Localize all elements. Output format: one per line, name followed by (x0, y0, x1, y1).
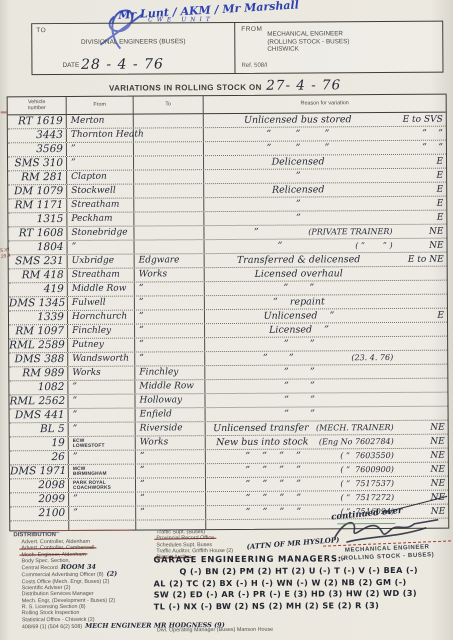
license-code: E to SVS (397, 114, 446, 124)
from-line: CHISWICK (267, 45, 349, 53)
from-cell: Streatham (67, 199, 134, 212)
from-value: Merton (67, 115, 133, 128)
to-cell: ” (135, 352, 205, 365)
reason-cell: ” ” ” ”( ” 7603550)NE (206, 449, 448, 463)
distribution-item-text-struck: Provincial Record Office (156, 535, 214, 542)
to-cell: ” (136, 478, 206, 491)
to-cell (134, 184, 204, 197)
vehicle-number-cell: DMS 388 (9, 353, 68, 366)
from-value: Clapton (67, 171, 133, 184)
column-header-to: To (134, 96, 204, 113)
from-cell: ” (69, 493, 136, 506)
from-cell: Peckham (67, 213, 134, 226)
vehicle-number: RM 1097 (9, 325, 67, 338)
vehicle-number-cell: RM 281 (8, 171, 67, 184)
from-cell: ” (67, 143, 134, 156)
to-cell: ” (136, 506, 206, 519)
from-cell: PARK ROYAL COACHWORKS (69, 479, 136, 492)
vehicle-number-cell: 3569 (8, 143, 67, 156)
vehicle-number-cell: DMS 441 (10, 409, 69, 422)
vehicle-number: RM 281 (8, 171, 66, 184)
from-value: Stonebridge (67, 227, 133, 240)
vehicle-number: 3443 (8, 129, 66, 142)
from-value: ” (69, 451, 135, 464)
to-cell (134, 142, 204, 155)
reason-value: Licensed overhaul (205, 268, 393, 280)
vehicle-number-cell: RML 2562 (9, 395, 68, 408)
to-value: ” (135, 282, 204, 295)
from-value: Fulwell (68, 297, 134, 310)
form-header-box: TO DIVISIONAL ENGINEERS (BUSES) DATE 28 … (31, 21, 443, 76)
reason-value: Unlicensed transfer (206, 422, 316, 434)
vehicle-number-cell: DM 1079 (8, 185, 67, 198)
from-value: Putney (68, 339, 134, 352)
reason-value: ” ” (205, 380, 393, 392)
vehicle-number: 26 (10, 451, 68, 464)
variations-table: Vehicle number From To Reason for variat… (7, 94, 450, 532)
vehicle-number-cell: SMS 310 (8, 157, 67, 170)
vehicle-number: RML 2562 (9, 395, 67, 408)
reason-cell: DelicensedE (204, 155, 446, 169)
from-value: PARK ROYAL COACHWORKS (69, 479, 135, 491)
vehicle-number: SMS 310 (8, 157, 66, 170)
vehicle-number: DMS 388 (9, 353, 67, 366)
to-cell (134, 128, 204, 141)
from-cell: Stonebridge (67, 227, 134, 240)
vehicle-number-cell (10, 521, 69, 530)
to-cell: TO DIVISIONAL ENGINEERS (BUSES) DATE 28 … (32, 23, 235, 74)
distribution-item-text: Statistical Office - Chiswick (2) (22, 616, 95, 622)
to-value: ” (136, 492, 205, 505)
garage-managers-line: TL (-) NX (-) BW (2) NS (2) MH (2) SE (2… (154, 599, 453, 612)
garage-managers-line: SW (2) ED (-) AR (-) PR (-) E (3) HD (3)… (154, 588, 453, 601)
to-cell: Works (135, 268, 205, 281)
to-cell: ” (136, 464, 206, 477)
from-cell: ECW LOWESTOFT (69, 437, 136, 450)
distribution-list: DISTRIBUTION Advert. Controller, Aldenha… (13, 531, 154, 630)
reason-cell: ” ” (205, 365, 447, 379)
from-cell: Hornchurch (68, 311, 135, 324)
to-cell (134, 198, 204, 211)
to-label: TO (36, 27, 46, 34)
from-value: Wandsworth (68, 353, 134, 366)
reason-value: New bus into stock (206, 436, 319, 448)
from-cell: ” (68, 395, 135, 408)
to-value: ” (135, 352, 204, 365)
from-value: ” (68, 381, 134, 394)
reason-value: Licensed ” (205, 324, 393, 336)
vehicle-number-cell: 2099 (10, 493, 69, 506)
to-cell (135, 240, 205, 253)
handwritten-note: ROOM 34 (61, 563, 96, 571)
to-cell: Holloway (135, 394, 205, 407)
reason-cell: ” ” (206, 407, 448, 421)
vehicle-number: BL 5 (10, 423, 68, 436)
vehicle-number-cell: 2100 (10, 507, 69, 520)
vehicle-number: RT 1608 (8, 227, 66, 240)
license-code: NE (399, 422, 448, 432)
column-header-vehicle: Vehicle number (8, 97, 67, 114)
to-value: ” (135, 324, 204, 337)
reason-value: ” ” (205, 282, 393, 294)
vehicle-number: DMS 1345 (9, 297, 67, 310)
reason-value: ” ” (205, 394, 393, 406)
reason-cell: ” ” (205, 393, 447, 407)
vehicle-number-cell: RM 418 (9, 269, 68, 282)
to-value: ” (135, 310, 204, 323)
reason-detail: ( ” ” ) (355, 241, 392, 250)
reason-value: ” (204, 198, 392, 210)
from-cell: ” (68, 381, 135, 394)
distribution-item-text: Costs Office (Mech. Engr, Buses) (2) (22, 579, 110, 586)
from-cell: ” (69, 507, 136, 520)
reason-cell: ” ” ”” ” (204, 127, 446, 141)
to-value: Works (136, 436, 205, 449)
to-value: ” (135, 338, 204, 351)
reason-cell: Licensed ” (205, 323, 447, 337)
vehicle-number-cell: BL 5 (10, 423, 69, 436)
to-cell: Enfield (136, 408, 206, 421)
form-content: Mr Lunt / AKM / Mr Marshall CWE UNIT TO … (0, 0, 453, 640)
to-cell (134, 156, 204, 169)
garage-managers-block: GARAGE ENGINEERING MANAGERS:- Q (-) BN (… (153, 553, 453, 613)
to-cell (134, 114, 204, 127)
to-value: Holloway (135, 394, 204, 407)
reason-value: ” ” (205, 366, 393, 378)
license-code: NE (399, 478, 448, 488)
reason-detail: ( ” 7517537) (340, 479, 394, 488)
to-cell: ” (135, 282, 205, 295)
to-value: DIVISIONAL ENGINEERS (BUSES) (32, 38, 234, 46)
reason-cell: Transferred & delicensedE to NE (205, 253, 447, 267)
date-value: 28 - 4 - 76 (81, 56, 164, 73)
from-value: Hornchurch (68, 311, 134, 324)
reason-value: ” ” (205, 352, 351, 364)
from-value: ECW LOWESTOFT (69, 437, 135, 449)
from-cell: ” (68, 241, 135, 254)
ref-number: Ref. 508/I (241, 63, 267, 69)
vehicle-number-cell: 19 (10, 437, 69, 450)
to-cell: ” (136, 450, 206, 463)
vehicle-number: 2099 (10, 493, 68, 506)
vehicle-number: RM 418 (9, 269, 67, 282)
reason-cell: ” ” (205, 281, 447, 295)
reason-value: Unlicensed ” (205, 310, 393, 322)
vehicle-number: 1082 (9, 381, 67, 394)
vehicle-number-cell: 1339 (9, 311, 68, 324)
reason-cell: ” ” (205, 337, 447, 351)
reason-detail: (PRIVATE TRAINER) (308, 227, 392, 237)
to-value: Works (135, 268, 204, 281)
vehicle-number: 2100 (10, 507, 68, 520)
reason-value: ” ” ” ” (206, 450, 340, 462)
reason-detail: (23. 4. 76) (351, 353, 393, 362)
reason-detail: (MECH. TRAINER) (316, 423, 394, 432)
garage-managers-line: Q (-) BN (2) PM (2) HT (2) U (-) T (-) V… (154, 565, 453, 578)
vehicle-number: 1804 (9, 241, 67, 254)
from-cell: FROM MECHANICAL ENGINEER (ROLLING STOCK … (235, 22, 442, 73)
reason-cell: Unlicensed bus storedE to SVS (204, 113, 446, 127)
from-cell: ” (69, 451, 136, 464)
date-label: DATE (62, 62, 79, 69)
reason-value: ” ” ” (204, 142, 392, 154)
reason-cell: RelicensedE (204, 183, 446, 197)
to-cell: Finchley (135, 366, 205, 379)
from-cell: Merton (67, 115, 134, 128)
to-cell: Edgware (135, 254, 205, 267)
from-cell: ” (69, 423, 136, 436)
reason-value: Relicensed (204, 184, 392, 196)
license-code: E (397, 212, 446, 222)
reason-cell: Unlicensed ”E (205, 309, 447, 323)
to-cell: Works (136, 436, 206, 449)
reason-value: ” ” ” ” (206, 492, 340, 504)
to-value: Middle Row (135, 380, 204, 393)
column-header-reason: Reason for variation (204, 95, 446, 113)
reason-value: ” (205, 240, 356, 252)
from-cell: Putney (68, 339, 135, 352)
reason-cell: ” repaint (205, 295, 447, 309)
from-cell: MCW BIRMINGHAM (69, 465, 136, 478)
license-code: E (397, 198, 446, 208)
vehicle-number: 3569 (8, 143, 66, 156)
license-code: ” ” (397, 142, 446, 152)
to-cell (134, 226, 204, 239)
reason-cell: ” ” ” ”( ” 7517537)NE (206, 477, 448, 491)
title-date: 27- 4 - 76 (266, 77, 341, 93)
from-value: Peckham (67, 213, 133, 226)
vehicle-number-cell: RML 2589 (9, 339, 68, 352)
reason-cell: ”E (204, 169, 446, 183)
from-value: ” (67, 157, 133, 170)
to-cell: ” (135, 310, 205, 323)
vehicle-number-cell: 3443 (8, 129, 67, 142)
reason-cell: ”(PRIVATE TRAINER)NE (204, 225, 446, 239)
reason-cell: ”( ” ” )NE (205, 239, 447, 253)
reason-cell: ” ”(23. 4. 76) (205, 351, 447, 365)
reason-value: ” ” (205, 338, 393, 350)
margin-note: S.W. 29.4 (0, 248, 12, 260)
reason-value: ” (204, 212, 392, 224)
from-value: Streatham (68, 269, 134, 282)
operating-manager-line: Divl. Operating Manager (Buses) Manson H… (157, 627, 273, 634)
from-value: ” (69, 507, 135, 520)
title-printed: VARIATIONS IN ROLLING STOCK ON (109, 83, 262, 93)
distribution-item-text-struck: Mech. Engineer, Aldenham (21, 551, 85, 558)
to-cell (134, 170, 204, 183)
reason-value: ” (204, 226, 308, 238)
vehicle-number-cell: 419 (9, 283, 68, 296)
reason-value: ” ” ” ” (206, 478, 340, 490)
from-value: ” (69, 493, 135, 506)
to-cell: ” (135, 296, 205, 309)
to-value: Finchley (135, 366, 204, 379)
vehicle-number-cell: DMS 1971 (10, 465, 69, 478)
license-code: NE (397, 226, 446, 236)
reason-value: ” ” (206, 408, 394, 420)
from-line: MECHANICAL ENGINEER (267, 30, 349, 38)
reason-detail: (Eng No 7602784) (319, 437, 394, 446)
reason-value: ” repaint (205, 296, 393, 308)
to-cell (134, 212, 204, 225)
reason-cell: New bus into stock(Eng No 7602784)NE (206, 435, 448, 449)
reason-cell: ” ” ” ”( ” 7517272)NE (206, 491, 448, 505)
distribution-item: 408/69 (1) (504 6(2) 508)MECH ENGINEER M… (14, 622, 154, 630)
vehicle-number: RML 2589 (9, 339, 67, 352)
reason-cell: Licensed overhaul (205, 267, 447, 281)
vehicle-number-cell: 1315 (8, 213, 67, 226)
license-code: E (397, 156, 446, 166)
from-value: Middle Row (68, 283, 134, 296)
from-value: Stockwell (67, 185, 133, 198)
from-cell (69, 521, 136, 530)
to-value: ” (136, 506, 205, 519)
from-cell: Finchley (68, 325, 135, 338)
to-cell: ” (135, 324, 205, 337)
to-cell (136, 520, 206, 529)
reason-cell: ”E (204, 211, 446, 225)
license-code: NE (399, 436, 448, 446)
from-cell: Uxbridge (68, 255, 135, 268)
vehicle-number-cell: SMS 231 (9, 255, 68, 268)
license-code: NE (399, 464, 448, 474)
to-cell: Riverside (136, 422, 206, 435)
reason-cell: ”E (204, 197, 446, 211)
license-code: E (397, 184, 446, 194)
vehicle-number-cell: 1082 (9, 381, 68, 394)
handwritten-note: (2) (107, 570, 118, 578)
reason-detail: ( ” 7600900) (340, 465, 394, 474)
to-value: Enfield (136, 408, 205, 421)
vehicle-number: DMS 1971 (10, 465, 68, 478)
to-value: ” (136, 478, 205, 491)
from-line: (ROLLING STOCK - BUSES) (267, 38, 349, 46)
from-cell: Fulwell (68, 297, 135, 310)
from-cell: Middle Row (68, 283, 135, 296)
to-value: ” (135, 296, 204, 309)
license-code: E (398, 310, 447, 320)
from-cell: ” (67, 157, 134, 170)
from-label: FROM (241, 26, 262, 33)
reason-value: ” ” ” ” (206, 464, 340, 476)
vehicle-number: SMS 231 (9, 255, 67, 268)
reason-detail: ( ” 7603550) (340, 451, 394, 460)
from-value: Works (68, 367, 134, 380)
column-header-from: From (67, 97, 134, 114)
from-cell: Streatham (68, 269, 135, 282)
from-address: MECHANICAL ENGINEER (ROLLING STOCK - BUS… (267, 30, 349, 53)
from-value: ” (68, 395, 134, 408)
from-value: ” (69, 409, 135, 422)
from-value: Uxbridge (68, 255, 134, 268)
to-cell: ” (135, 338, 205, 351)
vehicle-number-cell: RM 1171 (8, 199, 67, 212)
vehicle-number: 2098 (10, 479, 68, 492)
to-value: Edgware (135, 254, 204, 267)
reason-cell: ” ” ”” ” (204, 141, 446, 155)
vehicle-number: RM 989 (9, 367, 67, 380)
vehicle-number: DMS 441 (10, 409, 68, 422)
from-value: ” (67, 143, 133, 156)
from-value: Streatham (67, 199, 133, 212)
vehicle-number-cell: RT 1608 (8, 227, 67, 240)
from-value: Finchley (68, 325, 134, 338)
to-value: ” (136, 450, 205, 463)
reason-value: Transferred & delicensed (205, 254, 393, 266)
from-cell: Clapton (67, 171, 134, 184)
scan-artifact-mark (1, 111, 7, 113)
from-cell: Thornton Heath (67, 129, 134, 142)
date-line: DATE 28 - 4 - 76 (62, 54, 164, 71)
from-value: Thornton Heath (67, 129, 133, 142)
from-cell: Wandsworth (68, 353, 135, 366)
vehicle-number-cell: DMS 1345 (9, 297, 68, 310)
to-cell: Middle Row (135, 380, 205, 393)
vehicle-number: 19 (10, 437, 68, 450)
vehicle-number: 1339 (9, 311, 67, 324)
license-code: E to NE (398, 254, 447, 264)
distribution-item-text: Central Record (21, 565, 57, 571)
vehicle-number-cell: 1804 (9, 241, 68, 254)
from-cell: Stockwell (67, 185, 134, 198)
to-cell: ” (136, 492, 206, 505)
to-value: ” (136, 464, 205, 477)
from-cell: Works (68, 367, 135, 380)
reason-cell: ” ” ” ”( ” 7600900)NE (206, 463, 448, 477)
reason-cell: ” ” (205, 379, 447, 393)
reason-cell: Unlicensed transfer(MECH. TRAINER)NE (206, 421, 448, 435)
license-code: ” ” (397, 128, 446, 138)
from-value: MCW BIRMINGHAM (69, 465, 135, 477)
vehicle-number-cell: 2098 (10, 479, 69, 492)
license-code: NE (399, 450, 448, 460)
reason-value: Unlicensed bus stored (204, 114, 392, 126)
vehicle-number-cell: RT 1619 (8, 115, 67, 128)
vehicle-number: RM 1171 (8, 199, 66, 212)
to-value: Riverside (136, 422, 205, 435)
vehicle-number: DM 1079 (8, 185, 66, 198)
from-value: ” (69, 423, 135, 436)
vehicle-number: RT 1619 (8, 115, 66, 128)
reason-value: ” (204, 170, 392, 182)
license-code: NE (398, 240, 447, 250)
reason-value: Delicensed (204, 156, 392, 168)
vehicle-number-cell: 26 (10, 451, 69, 464)
reason-value: ” ” ” (204, 128, 392, 140)
from-value: ” (68, 241, 134, 254)
from-cell: ” (69, 409, 136, 422)
license-code: E (397, 170, 446, 180)
reason-value: ” ” ” ” (206, 506, 340, 518)
distribution-item-text: 408/69 (1) (504 6(2) 508) (22, 624, 82, 630)
vehicle-number: 1315 (8, 213, 66, 226)
vehicle-number-cell: RM 989 (9, 367, 68, 380)
reason-detail: ( ” 7517272) (340, 493, 394, 502)
vehicle-number-cell: RM 1097 (9, 325, 68, 338)
vehicle-number: 419 (9, 283, 67, 296)
